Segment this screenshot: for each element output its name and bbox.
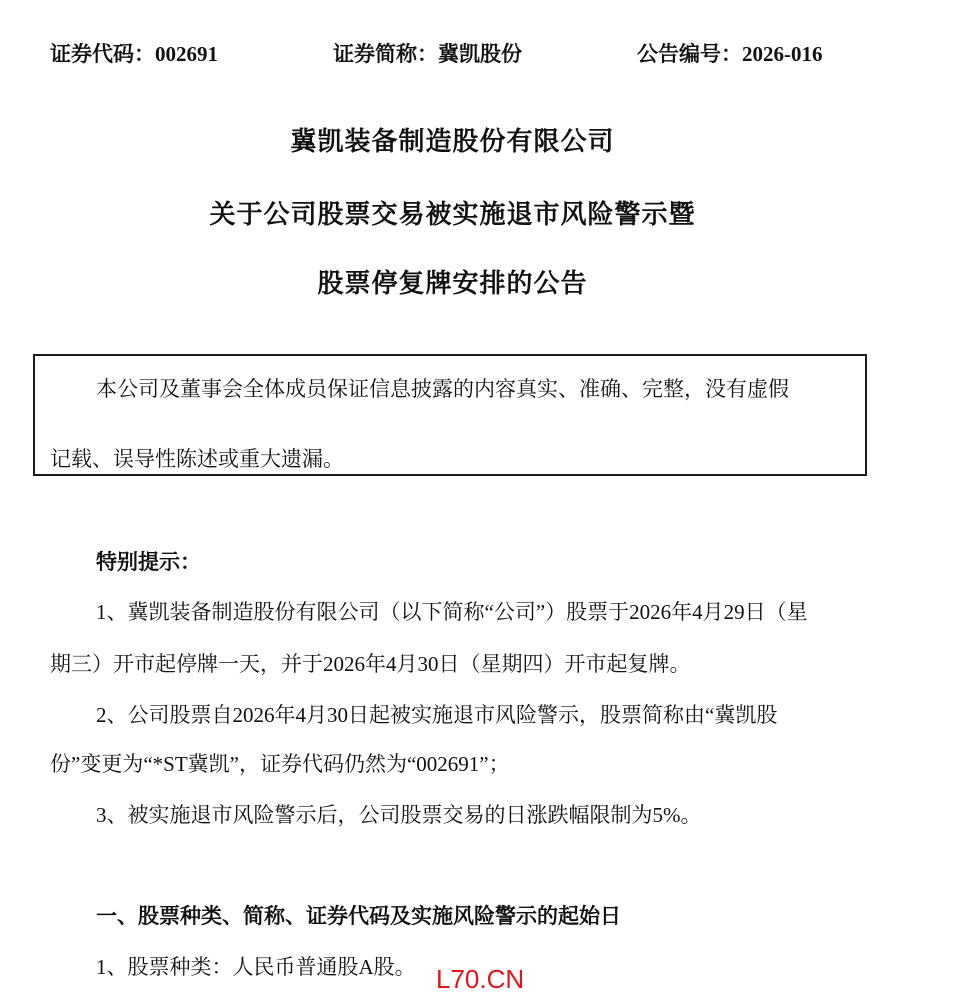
announcement-number: 公告编号：2026-016 (637, 38, 823, 68)
security-code: 证券代码：002691 (50, 38, 218, 68)
special-notice-heading: 特别提示： (96, 546, 201, 576)
section-1-heading: 一、股票种类、简称、证券代码及实施风险警示的起始日 (96, 900, 621, 930)
special-notice-item-1-line-2: 期三）开市起停牌一天，并于2026年4月30日（星期四）开市起复牌。 (50, 648, 691, 678)
announcement-title-line-2: 关于公司股票交易被实施退市风险警示暨 (0, 194, 935, 231)
security-abbreviation: 证券简称：冀凯股份 (333, 38, 522, 68)
watermark-logo: L70.CN (436, 964, 524, 995)
special-notice-item-1-line-1: 1、冀凯装备制造股份有限公司（以下简称“公司”）股票于2026年4月29日（星 (96, 596, 808, 626)
special-notice-item-2-line-2: 份”变更为“*ST冀凯”，证券代码仍然为“002691”； (50, 748, 510, 778)
company-name-title: 冀凯装备制造股份有限公司 (0, 121, 935, 158)
disclosure-statement-line-1: 本公司及董事会全体成员保证信息披露的内容真实、准确、完整，没有虚假 (96, 373, 789, 403)
special-notice-item-2-line-1: 2、公司股票自2026年4月30日起被实施退市风险警示，股票简称由“冀凯股 (96, 699, 777, 729)
announcement-title-line-3: 股票停复牌安排的公告 (0, 263, 935, 300)
section-1-item-1: 1、股票种类：人民币普通股A股。 (96, 951, 416, 981)
announcement-header: 证券代码：002691 证券简称：冀凯股份 公告编号：2026-016 (0, 38, 965, 68)
disclosure-statement-line-2: 记载、误导性陈述或重大遗漏。 (50, 443, 344, 473)
special-notice-item-3: 3、被实施退市风险警示后，公司股票交易的日涨跌幅限制为5%。 (96, 799, 702, 829)
